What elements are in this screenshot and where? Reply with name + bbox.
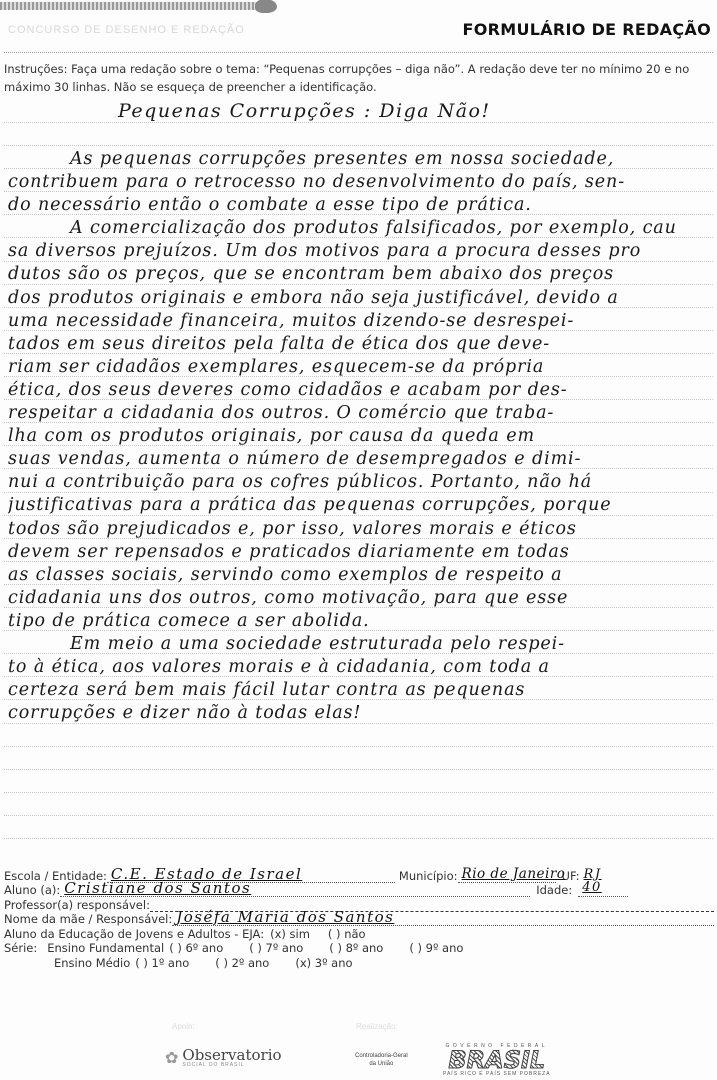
age-field[interactable]: 40 xyxy=(578,882,628,897)
essay-line: cidadania uns dos outros, como motivação… xyxy=(8,587,710,610)
essay-line: Em meio a uma sociedade estruturada pelo… xyxy=(8,633,710,656)
medio-option-1[interactable]: ( ) 1º ano xyxy=(135,956,189,970)
realization-label: Realização: xyxy=(356,1022,398,1031)
fundamental-label: Ensino Fundamental xyxy=(47,941,164,955)
city-label: Município: xyxy=(399,869,458,883)
form-title: FORMULÁRIO DE REDAÇÃO xyxy=(462,20,711,39)
essay-body: As pequenas corrupções presentes em noss… xyxy=(8,148,710,795)
medio-option-2[interactable]: ( ) 2º ano xyxy=(215,956,269,970)
ruled-line xyxy=(4,145,713,146)
governo-brasil-logo: GOVERNO FEDERAL BRASIL PAÍS RICO É PAÍS … xyxy=(443,1043,551,1077)
essay-line: lha com os produtos originais, por causa… xyxy=(8,425,710,448)
student-field[interactable]: Cristiane dos Santos xyxy=(60,882,530,897)
series-fundamental-row: Série: Ensino Fundamental ( ) 6º ano ( )… xyxy=(4,941,714,956)
essay-title: Pequenas Corrupções : Diga Não! xyxy=(118,100,491,122)
essay-line: A comercialização dos produtos falsifica… xyxy=(8,217,710,240)
essay-line: todos são prejudicados e, por isso, valo… xyxy=(8,518,710,541)
ruled-line xyxy=(4,815,713,816)
support-label: Apoio: xyxy=(172,1022,195,1031)
medio-label: Ensino Médio xyxy=(54,956,130,970)
ruled-line xyxy=(4,122,713,123)
essay-line: certeza será bem mais fácil lutar contra… xyxy=(8,679,710,702)
pencil-logo-icon xyxy=(0,2,262,10)
ruled-line xyxy=(4,838,713,839)
fundamental-option-8[interactable]: ( ) 8º ano xyxy=(329,941,383,955)
essay-line: dutos são os preços, que se encontram be… xyxy=(8,263,710,286)
student-row: Aluno (a): Cristiane dos Santos Idade: 4… xyxy=(4,883,714,898)
identification-section: Escola / Entidade: C.E. Estado de Israel… xyxy=(4,868,714,970)
pencil-tip-icon xyxy=(255,0,277,13)
essay-line: uma necessidade financeira, muitos dizen… xyxy=(8,310,710,333)
mother-row: Nome da mãe / Responsável: Joséfa Maria … xyxy=(4,912,714,927)
footer-logos: Apoio: Realização: ✿ Observatorio SOCIAL… xyxy=(0,1010,717,1080)
cgu-logo: Controladoria-Geral da União xyxy=(355,1052,408,1068)
series-medio-row: Ensino Médio ( ) 1º ano ( ) 2º ano (x) 3… xyxy=(4,955,714,970)
eja-option-sim[interactable]: (x) sim xyxy=(270,927,310,941)
essay-line: corrupções e dizer não à todas elas! xyxy=(8,702,710,725)
essay-line: ética, dos seus deveres como cidadãos e … xyxy=(8,379,710,402)
mother-field[interactable]: Joséfa Maria dos Santos xyxy=(172,911,714,926)
fundamental-option-9[interactable]: ( ) 9º ano xyxy=(409,941,463,955)
essay-line: do necessário então o combate a esse tip… xyxy=(8,194,710,217)
eja-label: Aluno da Educação de Jovens e Adultos - … xyxy=(4,927,264,941)
essay-line: devem ser repensados e praticados diaria… xyxy=(8,541,710,564)
eja-option-nao[interactable]: ( ) não xyxy=(328,927,366,941)
fundamental-option-7[interactable]: ( ) 7º ano xyxy=(249,941,303,955)
essay-line: to à ética, aos valores morais e à cidad… xyxy=(8,656,710,679)
brand-subtitle: CONCURSO DE DESENHO E REDAÇÃO xyxy=(8,24,245,36)
essay-line: sa diversos prejuízos. Um dos motivos pa… xyxy=(8,240,710,263)
essay-line: riam ser cidadãos exemplares, esquecem-s… xyxy=(8,356,710,379)
eja-row: Aluno da Educação de Jovens e Adultos - … xyxy=(4,926,714,941)
observatorio-logo: ✿ Observatorio SOCIAL DO BRASIL xyxy=(165,1048,282,1068)
essay-line: suas vendas, aumenta o número de desempr… xyxy=(8,448,710,471)
age-label: Idade: xyxy=(536,883,572,897)
essay-line: respeitar a cidadania dos outros. O comé… xyxy=(8,402,710,425)
essay-line: tipo de prática comece a ser abolida. xyxy=(8,610,710,633)
essay-line xyxy=(8,725,710,748)
header-divider xyxy=(4,52,713,53)
essay-line: dos produtos originais e embora não seja… xyxy=(8,287,710,310)
essay-line: justificativas para a prática das pequen… xyxy=(8,494,710,517)
essay-line: As pequenas corrupções presentes em noss… xyxy=(8,148,710,171)
essay-line: tados em seus direitos pela falta de éti… xyxy=(8,333,710,356)
student-label: Aluno (a): xyxy=(4,883,60,897)
mother-label: Nome da mãe / Responsável: xyxy=(4,912,172,926)
essay-line: nui a contribuição para os cofres públic… xyxy=(8,471,710,494)
medio-option-3[interactable]: (x) 3º ano xyxy=(295,956,352,970)
instructions-text: Instruções: Faça uma redação sobre o tem… xyxy=(4,60,712,96)
teacher-label: Professor(a) responsável: xyxy=(4,898,150,912)
essay-form-page: Desenho e Redação CONCURSO DE DESENHO E … xyxy=(0,0,717,1080)
city-field[interactable]: Rio de Janeiro xyxy=(458,868,556,883)
series-label: Série: xyxy=(4,941,37,955)
essay-line: as classes sociais, servindo como exempl… xyxy=(8,564,710,587)
essay-line xyxy=(8,772,710,795)
observatorio-leaf-icon: ✿ xyxy=(165,1048,178,1068)
fundamental-option-6[interactable]: ( ) 6º ano xyxy=(169,941,223,955)
essay-line xyxy=(8,748,710,771)
essay-line: contribuem para o retrocesso no desenvol… xyxy=(8,171,710,194)
